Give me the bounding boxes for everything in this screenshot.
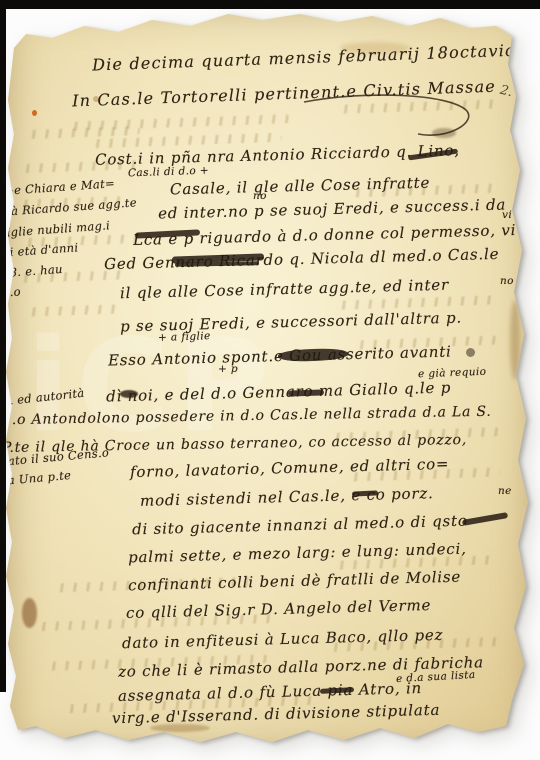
interlineation: vi <box>502 209 512 221</box>
interlineation: ne <box>498 485 512 497</box>
interlineation: + a figlie <box>158 330 211 344</box>
paper-stain <box>32 110 37 116</box>
interlineation: no <box>253 190 267 202</box>
manuscript-photo: iCP Die decima quarta mensis februarij 1… <box>0 0 540 760</box>
paper-stain <box>22 598 37 628</box>
paper-shadow-wrap: iCP Die decima quarta mensis februarij 1… <box>0 0 540 760</box>
interlineation: e già requio <box>418 366 487 380</box>
ink-strikethrough <box>288 389 324 396</box>
margin-note: d.o <box>2 284 22 299</box>
interlineation: + p <box>218 363 238 375</box>
paper-sheet: iCP Die decima quarta mensis februarij 1… <box>0 0 540 760</box>
interlineation: no <box>500 275 514 287</box>
paper-stain <box>510 300 520 380</box>
paper-stain <box>466 348 475 357</box>
pen-flourish-icon <box>298 88 498 148</box>
